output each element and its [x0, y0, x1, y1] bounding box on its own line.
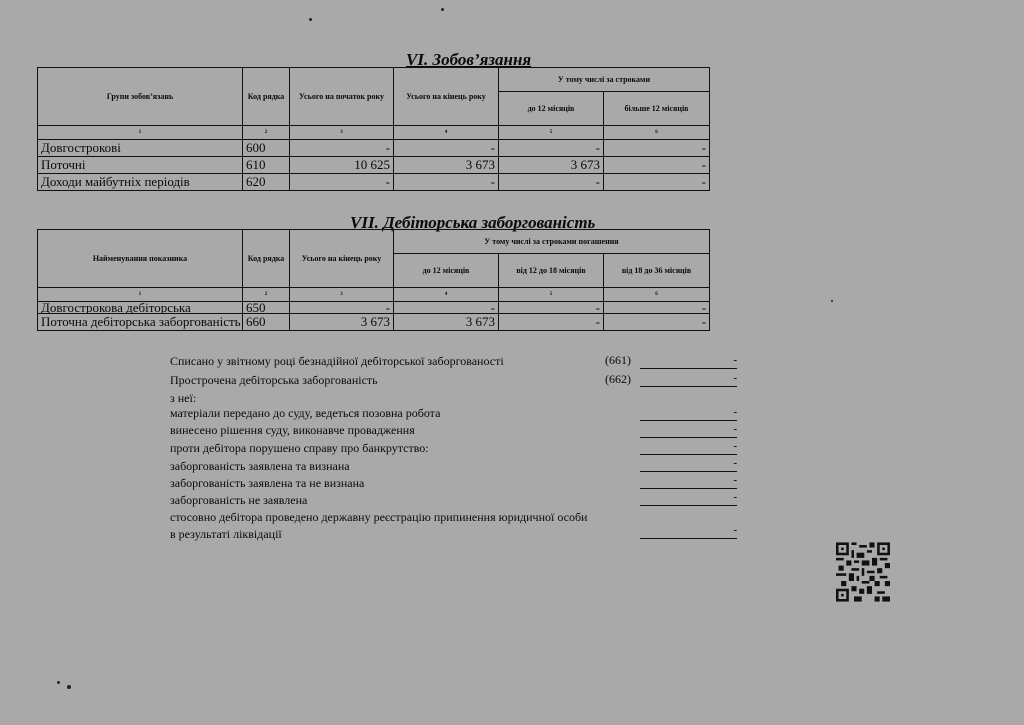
note-ref: (662) — [605, 372, 631, 387]
row-upto12: - — [394, 302, 499, 314]
header-code: Код рядка — [243, 230, 290, 288]
scan-speck — [441, 8, 444, 11]
scan-speck — [831, 300, 833, 302]
row-code: 600 — [243, 140, 290, 157]
note-value: - — [640, 474, 737, 489]
col-number: 6 — [604, 126, 710, 140]
row-name: Довгострокова дебіторська — [38, 302, 243, 314]
row-name: Поточна дебіторська заборгованість — [38, 314, 243, 331]
table-row: Поточна дебіторська заборгованість 660 3… — [38, 314, 710, 331]
liabilities-table: Групи зобов’язань Код рядка Усього на по… — [37, 67, 710, 191]
note-value: - — [640, 372, 737, 387]
col-number: 3 — [290, 126, 394, 140]
scan-speck — [57, 681, 60, 684]
header-end: Усього на кінець року — [394, 68, 499, 126]
note-court-decision: винесено рішення суду, виконавче провадж… — [170, 423, 415, 438]
row-name: Довгострокові — [38, 140, 243, 157]
col-number: 5 — [499, 288, 604, 302]
col-number: 2 — [243, 288, 290, 302]
row-end: 3 673 — [290, 314, 394, 331]
note-ref: (661) — [605, 353, 631, 368]
row-over12: - — [604, 157, 710, 174]
header-end: Усього на кінець року — [290, 230, 394, 288]
row-name: Поточні — [38, 157, 243, 174]
col-number: 1 — [38, 288, 243, 302]
note-writeoff: Списано у звітному році безнадійної дебі… — [170, 354, 504, 369]
row-12-18: - — [499, 302, 604, 314]
header-name: Найменування показника — [38, 230, 243, 288]
header-upto12: до 12 місяців — [394, 254, 499, 288]
col-number: 3 — [290, 288, 394, 302]
row-end: - — [394, 140, 499, 157]
note-not-claimed: заборгованість не заявлена — [170, 493, 307, 508]
table-row: Доходи майбутніх періодів 620 - - - - — [38, 174, 710, 191]
row-end: 3 673 — [394, 157, 499, 174]
qr-code-icon — [836, 542, 890, 602]
header-group: Групи зобов’язань — [38, 68, 243, 126]
row-end: - — [394, 174, 499, 191]
note-value: - — [640, 354, 737, 369]
note-value: - — [640, 457, 737, 472]
row-18-36: - — [604, 302, 710, 314]
row-upto12: 3 673 — [499, 157, 604, 174]
col-number: 5 — [499, 126, 604, 140]
header-18-36: від 18 до 36 місяців — [604, 254, 710, 288]
note-liquidation: стосовно дебітора проведено державну реє… — [170, 510, 587, 525]
note-court-materials: матеріали передано до суду, ведеться поз… — [170, 406, 440, 421]
row-start: - — [290, 174, 394, 191]
header-terms: У тому числі за строками — [499, 68, 710, 92]
row-12-18: - — [499, 314, 604, 331]
row-code: 650 — [243, 302, 290, 314]
header-upto12: до 12 місяців — [499, 92, 604, 126]
row-upto12: - — [499, 174, 604, 191]
header-code: Код рядка — [243, 68, 290, 126]
note-value: - — [640, 524, 737, 539]
note-claimed-recognized: заборгованість заявлена та визнана — [170, 459, 350, 474]
row-over12: - — [604, 174, 710, 191]
note-bankruptcy: проти дебітора порушено справу про банкр… — [170, 441, 429, 456]
col-number: 1 — [38, 126, 243, 140]
row-code: 660 — [243, 314, 290, 331]
row-18-36: - — [604, 314, 710, 331]
note-value: - — [640, 440, 737, 455]
row-name: Доходи майбутніх періодів — [38, 174, 243, 191]
row-upto12: 3 673 — [394, 314, 499, 331]
note-liquidation-cont: в результаті ліквідації — [170, 527, 282, 542]
header-start: Усього на початок року — [290, 68, 394, 126]
col-number: 4 — [394, 288, 499, 302]
col-number: 6 — [604, 288, 710, 302]
row-code: 620 — [243, 174, 290, 191]
col-number: 4 — [394, 126, 499, 140]
row-start: - — [290, 140, 394, 157]
note-overdue: Прострочена дебіторська заборгованість — [170, 373, 378, 388]
note-of-which: з неї: — [170, 391, 196, 406]
table-row: Довгострокові 600 - - - - — [38, 140, 710, 157]
note-value: - — [640, 423, 737, 438]
row-end: - — [290, 302, 394, 314]
note-value: - — [640, 491, 737, 506]
table-row: Довгострокова дебіторська 650 - - - - — [38, 302, 710, 314]
row-start: 10 625 — [290, 157, 394, 174]
row-upto12: - — [499, 140, 604, 157]
note-value: - — [640, 406, 737, 421]
scan-speck — [309, 18, 312, 21]
header-terms: У тому числі за строками погашення — [394, 230, 710, 254]
table-row: Поточні 610 10 625 3 673 3 673 - — [38, 157, 710, 174]
receivables-table: Найменування показника Код рядка Усього … — [37, 229, 710, 331]
note-claimed-not-recognized: заборгованість заявлена та не визнана — [170, 476, 364, 491]
row-code: 610 — [243, 157, 290, 174]
header-over12: більше 12 місяців — [604, 92, 710, 126]
header-12-18: від 12 до 18 місяців — [499, 254, 604, 288]
scan-speck — [67, 685, 71, 689]
row-over12: - — [604, 140, 710, 157]
col-number: 2 — [243, 126, 290, 140]
